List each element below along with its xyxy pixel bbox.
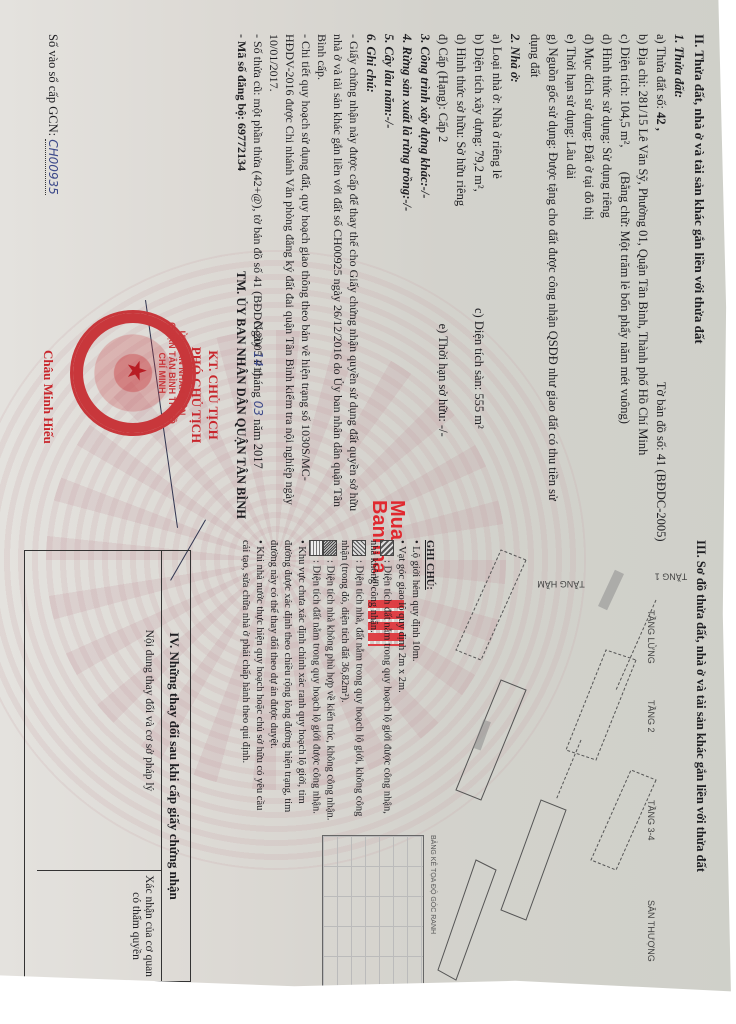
origin-label: g) Nguồn gốc sử dụng: — [546, 34, 560, 149]
origin-row: g) Nguồn gốc sử dụng: Được tặng cho đất … — [526, 34, 562, 514]
own-term-label: e) Thời hạn sở hữu: — [436, 324, 450, 422]
ownership-label: d) Hình thức sở hữu: — [454, 34, 468, 138]
changes-columns: Nội dung thay đổi và cơ sở pháp lý Xác n… — [37, 551, 161, 981]
issue-date: Ngày 14 tháng 03 năm 2017 — [249, 230, 266, 560]
floor-label-mezzanine: TẦNG LỬNG — [646, 610, 656, 664]
area-row: c) Diện tích: 104,5 m², (Bằng chữ: Một t… — [616, 34, 634, 504]
legend-item: : Diện tích nhà không phù hợp về kiến tr… — [323, 540, 337, 825]
registry-label: Số vào sổ cấp GCN: — [46, 34, 60, 136]
coordinates-table — [322, 835, 424, 987]
build-area-row: b) Diện tích xây dựng: 79,2 m², c) Diện … — [470, 34, 488, 504]
hatch-swatch-icon — [323, 540, 337, 556]
registry-value: CH00935 — [45, 139, 60, 195]
date-month: 03 — [251, 401, 265, 416]
seal-text: ỦY BAN NHÂN DÂN QUẬN TÂN BÌNH TP HỒ CHÍ … — [157, 321, 187, 425]
purpose-label: đ) Mục đích sử dụng: — [582, 34, 596, 141]
floor-label-1: TẦNG 1 — [655, 571, 688, 581]
grade-row: đ) Cấp (Hạng): Cấp 2 e) Thời hạn sở hữu:… — [434, 34, 452, 504]
notes-heading: 6. Ghi chú: — [362, 34, 380, 504]
floor-label-basement: TẦNG HẦM — [537, 579, 585, 589]
star-icon: ★ — [121, 359, 151, 382]
section-iii-title: III. Sơ đồ thửa đất, nhà ở và tài sản kh… — [693, 540, 708, 872]
paper-edge — [714, 0, 736, 1024]
grade-value: Cấp 2 — [436, 113, 450, 143]
build-area-value: 79,2 m², — [472, 150, 486, 192]
floor-area-label: c) Diện tích sàn: — [472, 308, 486, 390]
parcel-label: a) Thửa đất số: — [654, 34, 668, 109]
term-value: Lâu dài — [564, 141, 578, 179]
note-item: - Chi tiết quy hoạch sử dụng đất, quy ho… — [266, 34, 314, 514]
area-words: (Bằng chữ: Một trăm lẻ bốn phẩy năm mét … — [618, 172, 632, 424]
coordinates-table-title: BẢNG KÊ TỌA ĐỘ GÓC RANH — [429, 835, 436, 934]
issuing-org: TM. ỦY BAN NHÂN DÂN QUẬN TÂN BÌNH — [232, 230, 249, 560]
col-authority-confirmation: Xác nhận của cơ quan có thẩm quyền — [37, 871, 161, 981]
note-item: - Giấy chứng nhận này được cấp để thay t… — [314, 34, 362, 514]
forest: 4. Rừng sản xuất là rừng trồng:-/- — [398, 34, 416, 504]
legend-item: • Khi nhà nước thực hiện quy hoạch hoặc … — [238, 540, 266, 825]
grade-label: đ) Cấp (Hạng): — [436, 34, 450, 110]
use-form-label: d) Hình thức sử dụng: — [600, 34, 614, 144]
address-label: b) Địa chỉ: — [636, 34, 650, 87]
section-ii: II. Thửa đất, nhà ở và tài sản khác gắn … — [234, 34, 708, 504]
legend-item: : Diện tích đất nằm trong quy hoạch lộ g… — [308, 540, 322, 825]
house-heading: 2. Nhà ở: — [506, 34, 524, 504]
signer-name: Châu Minh Hiếu — [40, 350, 56, 444]
floor-label-2: TẦNG 2 — [646, 700, 656, 733]
map-sheet-label: Tờ bản đồ số: — [654, 382, 668, 451]
section-ii-title: II. Thửa đất, nhà ở và tài sản khác gắn … — [690, 34, 708, 504]
house-type-row: a) Loại nhà ở: Nhà ở riêng lẻ — [488, 34, 506, 504]
legend-item: : Diện tích đất nằm trong quy hoạch lộ g… — [366, 540, 394, 825]
hatch-swatch-icon — [380, 540, 394, 556]
floor-area-value: 555 m² — [472, 393, 486, 428]
perennial: 5. Cây lâu năm:-/- — [380, 34, 398, 504]
area-value: 104,5 m², — [618, 100, 632, 148]
term-row: e) Thời hạn sử dụng: Lâu dài — [562, 34, 580, 504]
purpose-value: Đất ở tại đô thị — [582, 145, 596, 220]
floor-label-3-4: TẦNG 3-4 — [646, 800, 656, 841]
month-label: tháng — [251, 370, 265, 398]
term-label: e) Thời hạn sử dụng: — [564, 34, 578, 138]
land-certificate-page: II. Thửa đất, nhà ở và tài sản khác gắn … — [0, 0, 736, 1024]
registry-number: Số vào sổ cấp GCN: CH00935 — [45, 34, 60, 195]
section-iv-title: IV. Những thay đổi sau khi cấp giấy chứn… — [161, 551, 190, 981]
date-year: năm 2017 — [251, 419, 265, 469]
parcel-value: 42 , — [654, 112, 668, 131]
use-form-value: Sử dụng riêng — [600, 147, 614, 218]
signer-role-1: KT. CHỦ TỊCH — [205, 230, 222, 560]
address-row: b) Địa chỉ: 281/15 Lê Văn Sỹ, Phường 01,… — [634, 34, 652, 504]
section-iv-changes-table: IV. Những thay đổi sau khi cấp giấy chứn… — [24, 550, 191, 982]
address-value: 281/15 Lê Văn Sỹ, Phường 01, Quận Tân Bì… — [636, 91, 650, 456]
map-sheet-value: 41 (BĐDC-2005) — [654, 454, 668, 542]
own-term-value: -/- — [436, 425, 450, 437]
use-form-row: d) Hình thức sử dụng: Sử dụng riêng — [598, 34, 616, 504]
legend-item: : Diện tích nhà, đất nằm trong quy hoạch… — [337, 540, 365, 825]
hatch-swatch-icon — [309, 540, 323, 556]
ownership-value: Sở hữu riêng — [454, 141, 468, 206]
legend-heading: GHI CHÚ: — [422, 540, 436, 825]
house-type-label: a) Loại nhà ở: — [490, 34, 504, 104]
signature-block: Ngày 14 tháng 03 năm 2017 TM. ỦY BAN NHÂ… — [188, 230, 266, 560]
floor-label-rooftop: SÂN THƯỢNG — [646, 900, 656, 962]
date-day: 14 — [251, 351, 265, 366]
col-change-content: Nội dung thay đổi và cơ sở pháp lý — [37, 551, 161, 871]
ownership-row: d) Hình thức sở hữu: Sở hữu riêng — [452, 34, 470, 504]
section-iii-legend: GHI CHÚ: • Lộ giới hẻm quy định 10m. • V… — [238, 540, 436, 825]
purpose-row: đ) Mục đích sử dụng: Đất ở tại đô thị — [580, 34, 598, 504]
land-heading: 1. Thửa đất: — [670, 34, 688, 504]
other-works: 3. Công trình xây dựng khác:-/- — [416, 34, 434, 504]
official-seal: ỦY BAN NHÂN DÂN QUẬN TÂN BÌNH TP HỒ CHÍ … — [70, 310, 196, 436]
parcel-row: a) Thửa đất số: 42 , Tờ bản đồ số: 41 (B… — [652, 34, 670, 504]
hatch-swatch-icon — [352, 540, 366, 556]
build-area-label: b) Diện tích xây dựng: — [472, 34, 486, 147]
date-prefix: Ngày — [251, 321, 265, 348]
floor-plan-drawings — [436, 540, 676, 1000]
legend-item: • Vạt góc giao lộ quy định 2m x 2m. — [394, 540, 408, 825]
legend-item: • Khu vực chưa xác định chính xác ranh q… — [266, 540, 308, 825]
legend-item: • Lộ giới hẻm quy định 10m. — [408, 540, 422, 825]
house-type-value: Nhà ở riêng lẻ — [490, 107, 504, 179]
area-label: c) Diện tích: — [618, 34, 632, 96]
